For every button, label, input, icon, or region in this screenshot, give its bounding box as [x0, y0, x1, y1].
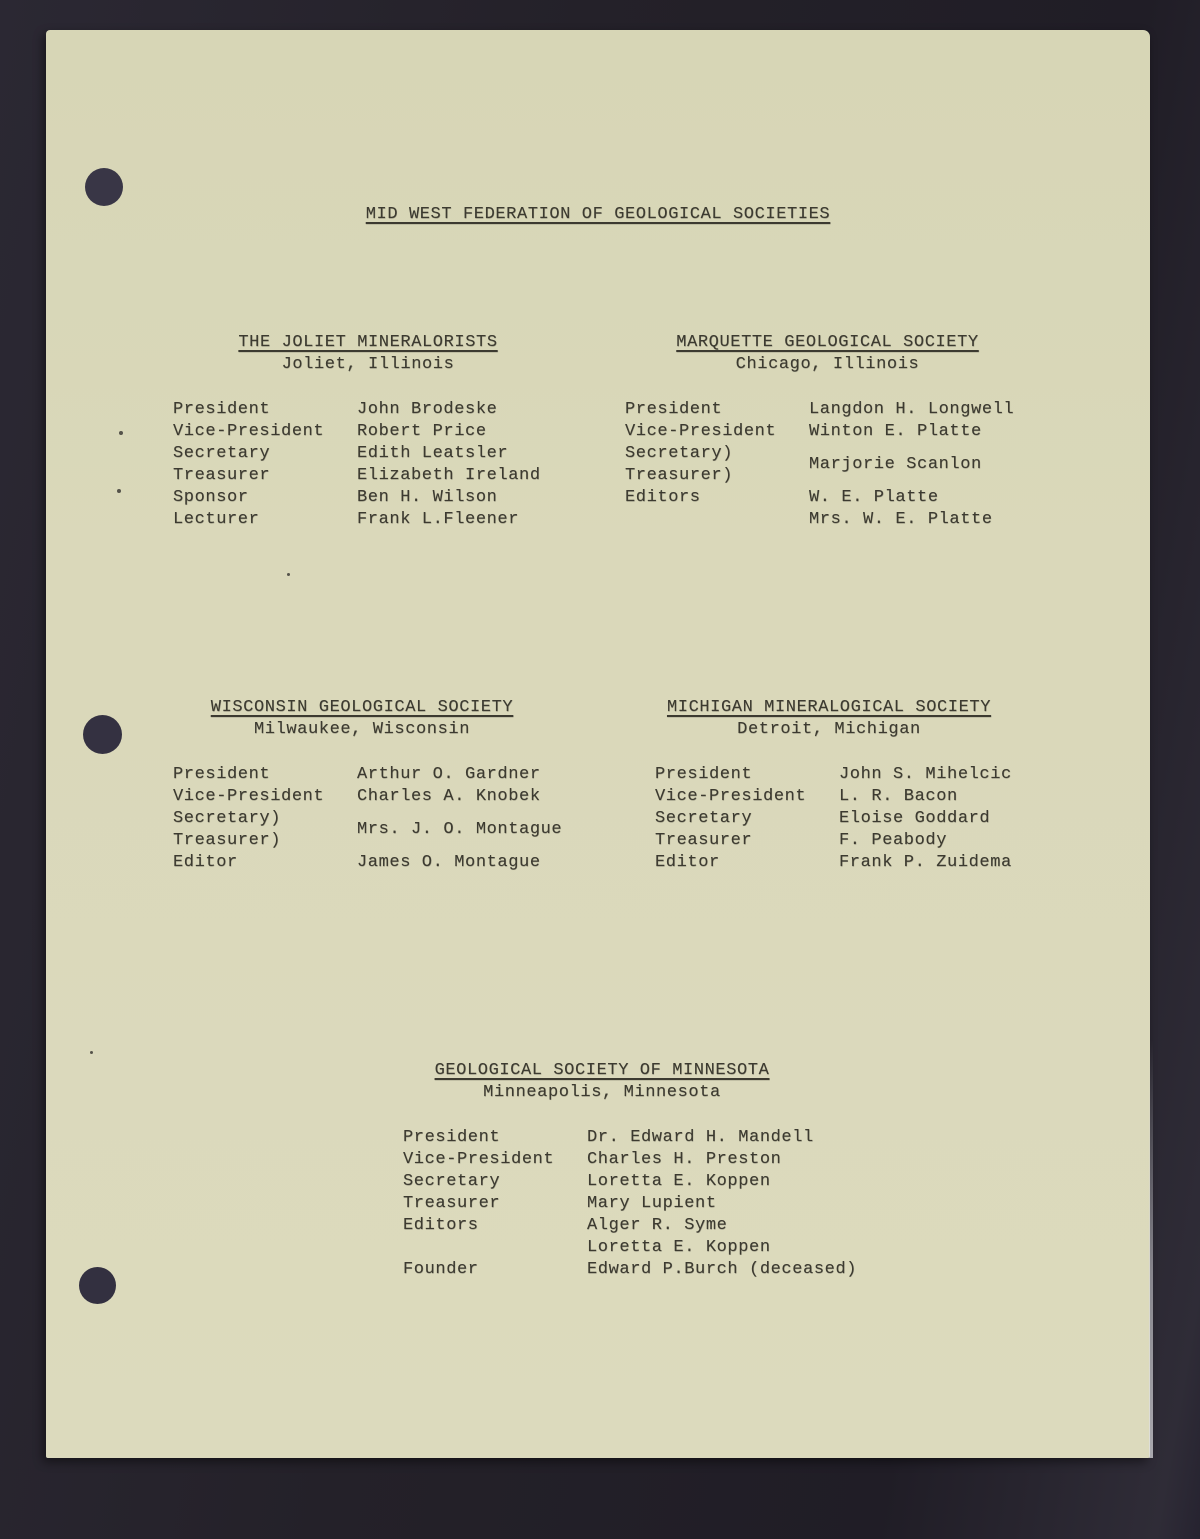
officer-role: Editors [403, 1215, 587, 1237]
scan-speck [90, 1051, 93, 1054]
officer-role: Editor [173, 852, 357, 874]
officer-name: Frank P. Zuidema [839, 852, 1012, 874]
officer-name: Loretta E. Koppen [587, 1171, 771, 1193]
officer-role: Treasurer [173, 465, 357, 487]
officer-list: President John Brodeske Vice-President R… [173, 399, 563, 531]
officer-row: Editor James O. Montague [173, 852, 551, 874]
scan-speck [119, 431, 123, 435]
scan-speck [117, 489, 121, 493]
officer-row: President John Brodeske [173, 399, 563, 421]
officer-name: L. R. Bacon [839, 786, 958, 808]
society-name: THE JOLIET MINERALORISTS [173, 332, 563, 354]
officer-name: Langdon H. Longwell [809, 399, 1014, 421]
officer-role: Editor [655, 852, 839, 874]
officer-role: President [655, 764, 839, 786]
officer-name: Elizabeth Ireland [357, 465, 541, 487]
officer-name: Marjorie Scanlon [809, 454, 982, 476]
punch-hole [85, 168, 123, 206]
officer-name: Edith Leatsler [357, 443, 508, 465]
officer-role: Treasurer [403, 1193, 587, 1215]
society-name: MICHIGAN MINERALOGICAL SOCIETY [655, 697, 1003, 719]
officer-name: Charles A. Knobek [357, 786, 541, 808]
society-location: Detroit, Michigan [655, 719, 1003, 741]
punch-hole [79, 1267, 116, 1304]
officer-row: Secretary Loretta E. Koppen [403, 1171, 801, 1193]
officer-name: Edward P.Burch (deceased) [587, 1259, 857, 1281]
punch-hole [83, 715, 122, 754]
society-name: MARQUETTE GEOLOGICAL SOCIETY [625, 332, 1030, 354]
officer-row: President John S. Mihelcic [655, 764, 1003, 786]
society-location: Milwaukee, Wisconsin [173, 719, 551, 741]
page-title: MID WEST FEDERATION OF GEOLOGICAL SOCIET… [46, 204, 1150, 226]
officer-role: President [625, 399, 809, 421]
officer-name: Robert Price [357, 421, 487, 443]
officer-name: John Brodeske [357, 399, 497, 421]
officer-role: President [403, 1127, 587, 1149]
society-section-wisconsin: WISCONSIN GEOLOGICAL SOCIETY Milwaukee, … [173, 697, 551, 874]
society-section-joliet: THE JOLIET MINERALORISTS Joliet, Illinoi… [173, 332, 563, 531]
officer-row: Vice-President Charles H. Preston [403, 1149, 801, 1171]
officer-role: Secretary [403, 1171, 587, 1193]
officer-row: Secretary Eloise Goddard [655, 808, 1003, 830]
officer-row: Treasurer Mary Lupient [403, 1193, 801, 1215]
officer-row: President Arthur O. Gardner [173, 764, 551, 786]
officer-name: Ben H. Wilson [357, 487, 497, 509]
officer-name: Eloise Goddard [839, 808, 990, 830]
officer-row: Editors W. E. Platte Mrs. W. E. Platte [625, 487, 1030, 531]
officer-name: F. Peabody [839, 830, 947, 852]
officer-row: Secretary Edith Leatsler [173, 443, 563, 465]
society-name: GEOLOGICAL SOCIETY OF MINNESOTA [403, 1060, 801, 1082]
officer-list: President John S. Mihelcic Vice-Presiden… [655, 764, 1003, 874]
society-section-marquette: MARQUETTE GEOLOGICAL SOCIETY Chicago, Il… [625, 332, 1030, 531]
officer-row: President Dr. Edward H. Mandell [403, 1127, 801, 1149]
officer-name: W. E. Platte Mrs. W. E. Platte [809, 487, 993, 531]
officer-role: Sponsor [173, 487, 357, 509]
officer-row: Vice-President Winton E. Platte [625, 421, 1030, 443]
officer-role: Vice-President [173, 786, 357, 808]
officer-name: James O. Montague [357, 852, 541, 874]
officer-row: Treasurer Elizabeth Ireland [173, 465, 563, 487]
officer-role: Lecturer [173, 509, 357, 531]
officer-name: Charles H. Preston [587, 1149, 781, 1171]
paper-edge-highlight [1149, 1040, 1153, 1458]
officer-role: Treasurer [655, 830, 839, 852]
officer-role: Vice-President [173, 421, 357, 443]
society-location: Joliet, Illinois [173, 354, 563, 376]
officer-role: Vice-President [403, 1149, 587, 1171]
officer-name: Winton E. Platte [809, 421, 982, 443]
officer-role: Secretary) Treasurer) [625, 443, 809, 487]
paper-sheet: MID WEST FEDERATION OF GEOLOGICAL SOCIET… [46, 30, 1150, 1458]
officer-name: Mary Lupient [587, 1193, 717, 1215]
officer-name: John S. Mihelcic [839, 764, 1012, 786]
scan-speck [287, 573, 290, 576]
officer-name: Dr. Edward H. Mandell [587, 1127, 814, 1149]
society-section-minnesota: GEOLOGICAL SOCIETY OF MINNESOTA Minneapo… [403, 1060, 801, 1281]
officer-name: Mrs. J. O. Montague [357, 819, 562, 841]
officer-name: Alger R. Syme Loretta E. Koppen [587, 1215, 771, 1259]
officer-role: Vice-President [655, 786, 839, 808]
officer-role: Secretary [655, 808, 839, 830]
officer-role: Secretary [173, 443, 357, 465]
officer-row: Secretary) Treasurer) Marjorie Scanlon [625, 443, 1030, 487]
society-location: Chicago, Illinois [625, 354, 1030, 376]
officer-role: Editors [625, 487, 809, 509]
officer-row: Editors Alger R. Syme Loretta E. Koppen [403, 1215, 801, 1259]
officer-row: Vice-President L. R. Bacon [655, 786, 1003, 808]
officer-role: Secretary) Treasurer) [173, 808, 357, 852]
officer-role: Vice-President [625, 421, 809, 443]
officer-role: President [173, 399, 357, 421]
society-location: Minneapolis, Minnesota [403, 1082, 801, 1104]
officer-row: Lecturer Frank L.Fleener [173, 509, 563, 531]
officer-row: Secretary) Treasurer) Mrs. J. O. Montagu… [173, 808, 551, 852]
officer-row: Sponsor Ben H. Wilson [173, 487, 563, 509]
officer-row: Vice-President Robert Price [173, 421, 563, 443]
officer-list: President Arthur O. Gardner Vice-Preside… [173, 764, 551, 874]
officer-role: President [173, 764, 357, 786]
officer-name: Frank L.Fleener [357, 509, 519, 531]
officer-name: Arthur O. Gardner [357, 764, 541, 786]
officer-row: Vice-President Charles A. Knobek [173, 786, 551, 808]
officer-row: Founder Edward P.Burch (deceased) [403, 1259, 801, 1281]
officer-row: Treasurer F. Peabody [655, 830, 1003, 852]
officer-row: Editor Frank P. Zuidema [655, 852, 1003, 874]
society-name: WISCONSIN GEOLOGICAL SOCIETY [173, 697, 551, 719]
officer-row: President Langdon H. Longwell [625, 399, 1030, 421]
officer-list: President Langdon H. Longwell Vice-Presi… [625, 399, 1030, 531]
officer-list: President Dr. Edward H. Mandell Vice-Pre… [403, 1127, 801, 1281]
officer-role: Founder [403, 1259, 587, 1281]
society-section-michigan: MICHIGAN MINERALOGICAL SOCIETY Detroit, … [655, 697, 1003, 874]
